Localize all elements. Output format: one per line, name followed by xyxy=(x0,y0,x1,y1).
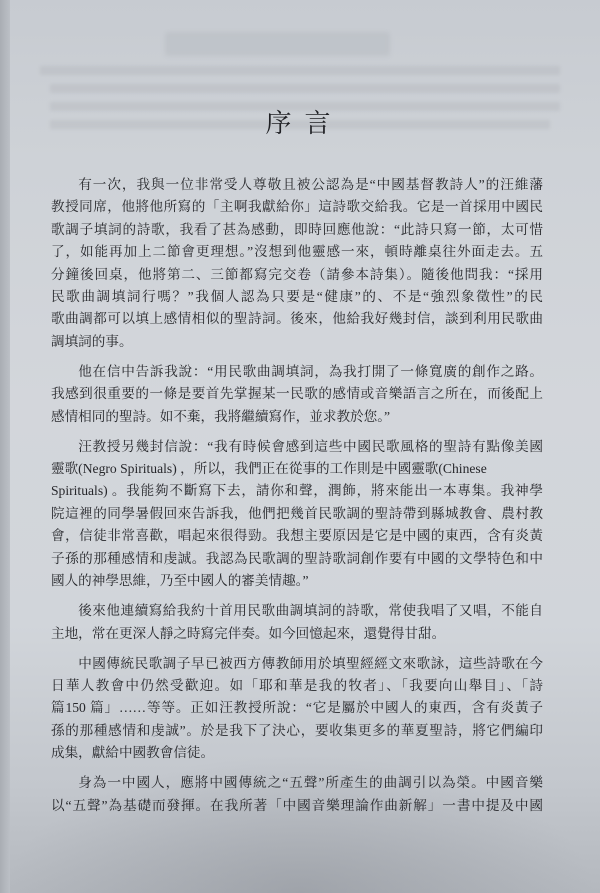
text-line: 教授同席，他將他所寫的「主啊我獻給你」這詩歌交給我。它是一首採用中國民 xyxy=(51,196,543,218)
text-line: 我感到很重要的一條是要首先掌握某一民歌的感情或音樂語言之所在，而後配上 xyxy=(51,383,543,405)
text-line: 了，如能再加上二節會更理想。”沒想到他靈感一來，頓時離桌往外面走去。五 xyxy=(51,241,543,263)
paragraph-5: 中國傳統民歌調子早已被西方傳教師用於填聖經經文來歌詠，這些詩歌在今 日華人教會中… xyxy=(51,653,543,765)
text-line: 日華人教會中仍然受歡迎。如「耶和華是我的牧者」、「我要向山舉目」、「詩 xyxy=(51,675,543,697)
ghost-line xyxy=(50,84,560,93)
text-line: 有一次，我與一位非常受人尊敬且被公認為是“中國基督教詩人”的汪維藩 xyxy=(51,174,543,196)
text-line: 孫的那種感情和虔誠”。於是我下了決心，要收集更多的華夏聖詩，將它們編印 xyxy=(51,720,543,742)
text-line: Spirituals) 。我能夠不斷寫下去，請你和聲，潤飾，將來能出一本專集。我… xyxy=(51,480,543,502)
paragraph-2: 他在信中告訴我說：“用民歌曲調填詞，為我打開了一條寬廣的創作之路。 我感到很重要… xyxy=(51,361,543,428)
paragraph-3: 汪教授另幾封信說：“我有時候會感到這些中國民歌風格的聖詩有點像美國 靈歌(Neg… xyxy=(51,436,543,593)
text-line: 國人的神學思維，乃至中國人的審美情趣。” xyxy=(51,570,543,592)
ghost-heading xyxy=(165,32,390,56)
text-line: 後來他連續寫給我約十首用民歌曲調填詞的詩歌，常使我唱了又唱，不能自 xyxy=(51,600,543,622)
page-title: 序言 xyxy=(0,108,596,140)
text-line: 他在信中告訴我說：“用民歌曲調填詞，為我打開了一條寬廣的創作之路。 xyxy=(51,361,543,383)
paragraph-6: 身為一中國人，應將中國傳統之“五聲”所產生的曲調引以為榮。中國音樂 以“五聲”為… xyxy=(51,772,543,817)
text-line: 歌曲調都可以填上感情相似的聖詩詞。後來，他給我好幾封信，談到利用民歌曲 xyxy=(51,308,543,330)
text-line: 成集，獻給中國教會信徒。 xyxy=(51,742,543,764)
text-line: 以“五聲”為基礎而發揮。在我所著「中國音樂理論作曲新解」一書中提及中國 xyxy=(51,795,543,817)
text-line: 中國傳統民歌調子早已被西方傳教師用於填聖經經文來歌詠，這些詩歌在今 xyxy=(51,653,543,675)
text-line: 汪教授另幾封信說：“我有時候會感到這些中國民歌風格的聖詩有點像美國 xyxy=(51,436,543,458)
text-line: 主地，常在更深人靜之時寫完伴奏。如今回憶起來，還覺得甘甜。 xyxy=(51,623,543,645)
text-line: 調填詞的事。 xyxy=(51,331,543,353)
text-line: 會，信徒非常喜歡，唱起來很得勁。我想主要原因是它是中國的東西，含有炎黃 xyxy=(51,525,543,547)
text-line: 身為一中國人，應將中國傳統之“五聲”所產生的曲調引以為榮。中國音樂 xyxy=(51,772,543,794)
ghost-line xyxy=(40,66,560,75)
text-line: 民歌曲調填詞行嗎？”我個人認為只要是“健康”的、不是“強烈象徵性”的民 xyxy=(51,286,543,308)
paragraph-4: 後來他連續寫給我約十首用民歌曲調填詞的詩歌，常使我唱了又唱，不能自 主地，常在更… xyxy=(51,600,543,645)
text-line: 子孫的那種感情和虔誠。我認為民歌調的聖詩歌詞創作要有中國的文學特色和中 xyxy=(51,548,543,570)
text-line: 感情相同的聖詩。如不棄，我將繼續寫作，並求教於您。” xyxy=(51,406,543,428)
body-text: 有一次，我與一位非常受人尊敬且被公認為是“中國基督教詩人”的汪維藩 教授同席，他… xyxy=(51,174,543,817)
text-line: 院這裡的同學暑假回來告訴我，他們把幾首民歌調的聖詩帶到縣城教會、農村教 xyxy=(51,503,543,525)
text-line: 靈歌(Negro Spirituals) ，所以，我們正在從事的工作則是中國靈歌… xyxy=(51,458,543,480)
text-line: 分鐘後回桌，他將第二、三節都寫完交卷（請參本詩集）。隨後他問我：“採用 xyxy=(51,264,543,286)
text-line: 歌調子填詞的詩歌，我看了甚為感動，即時回應他說：“此詩只寫一節，太可惜 xyxy=(51,219,543,241)
text-line: 篇150 篇」……等等。正如汪教授所說：“它是屬於中國人的東西，含有炎黃子 xyxy=(51,697,543,719)
paragraph-1: 有一次，我與一位非常受人尊敬且被公認為是“中國基督教詩人”的汪維藩 教授同席，他… xyxy=(51,174,543,353)
